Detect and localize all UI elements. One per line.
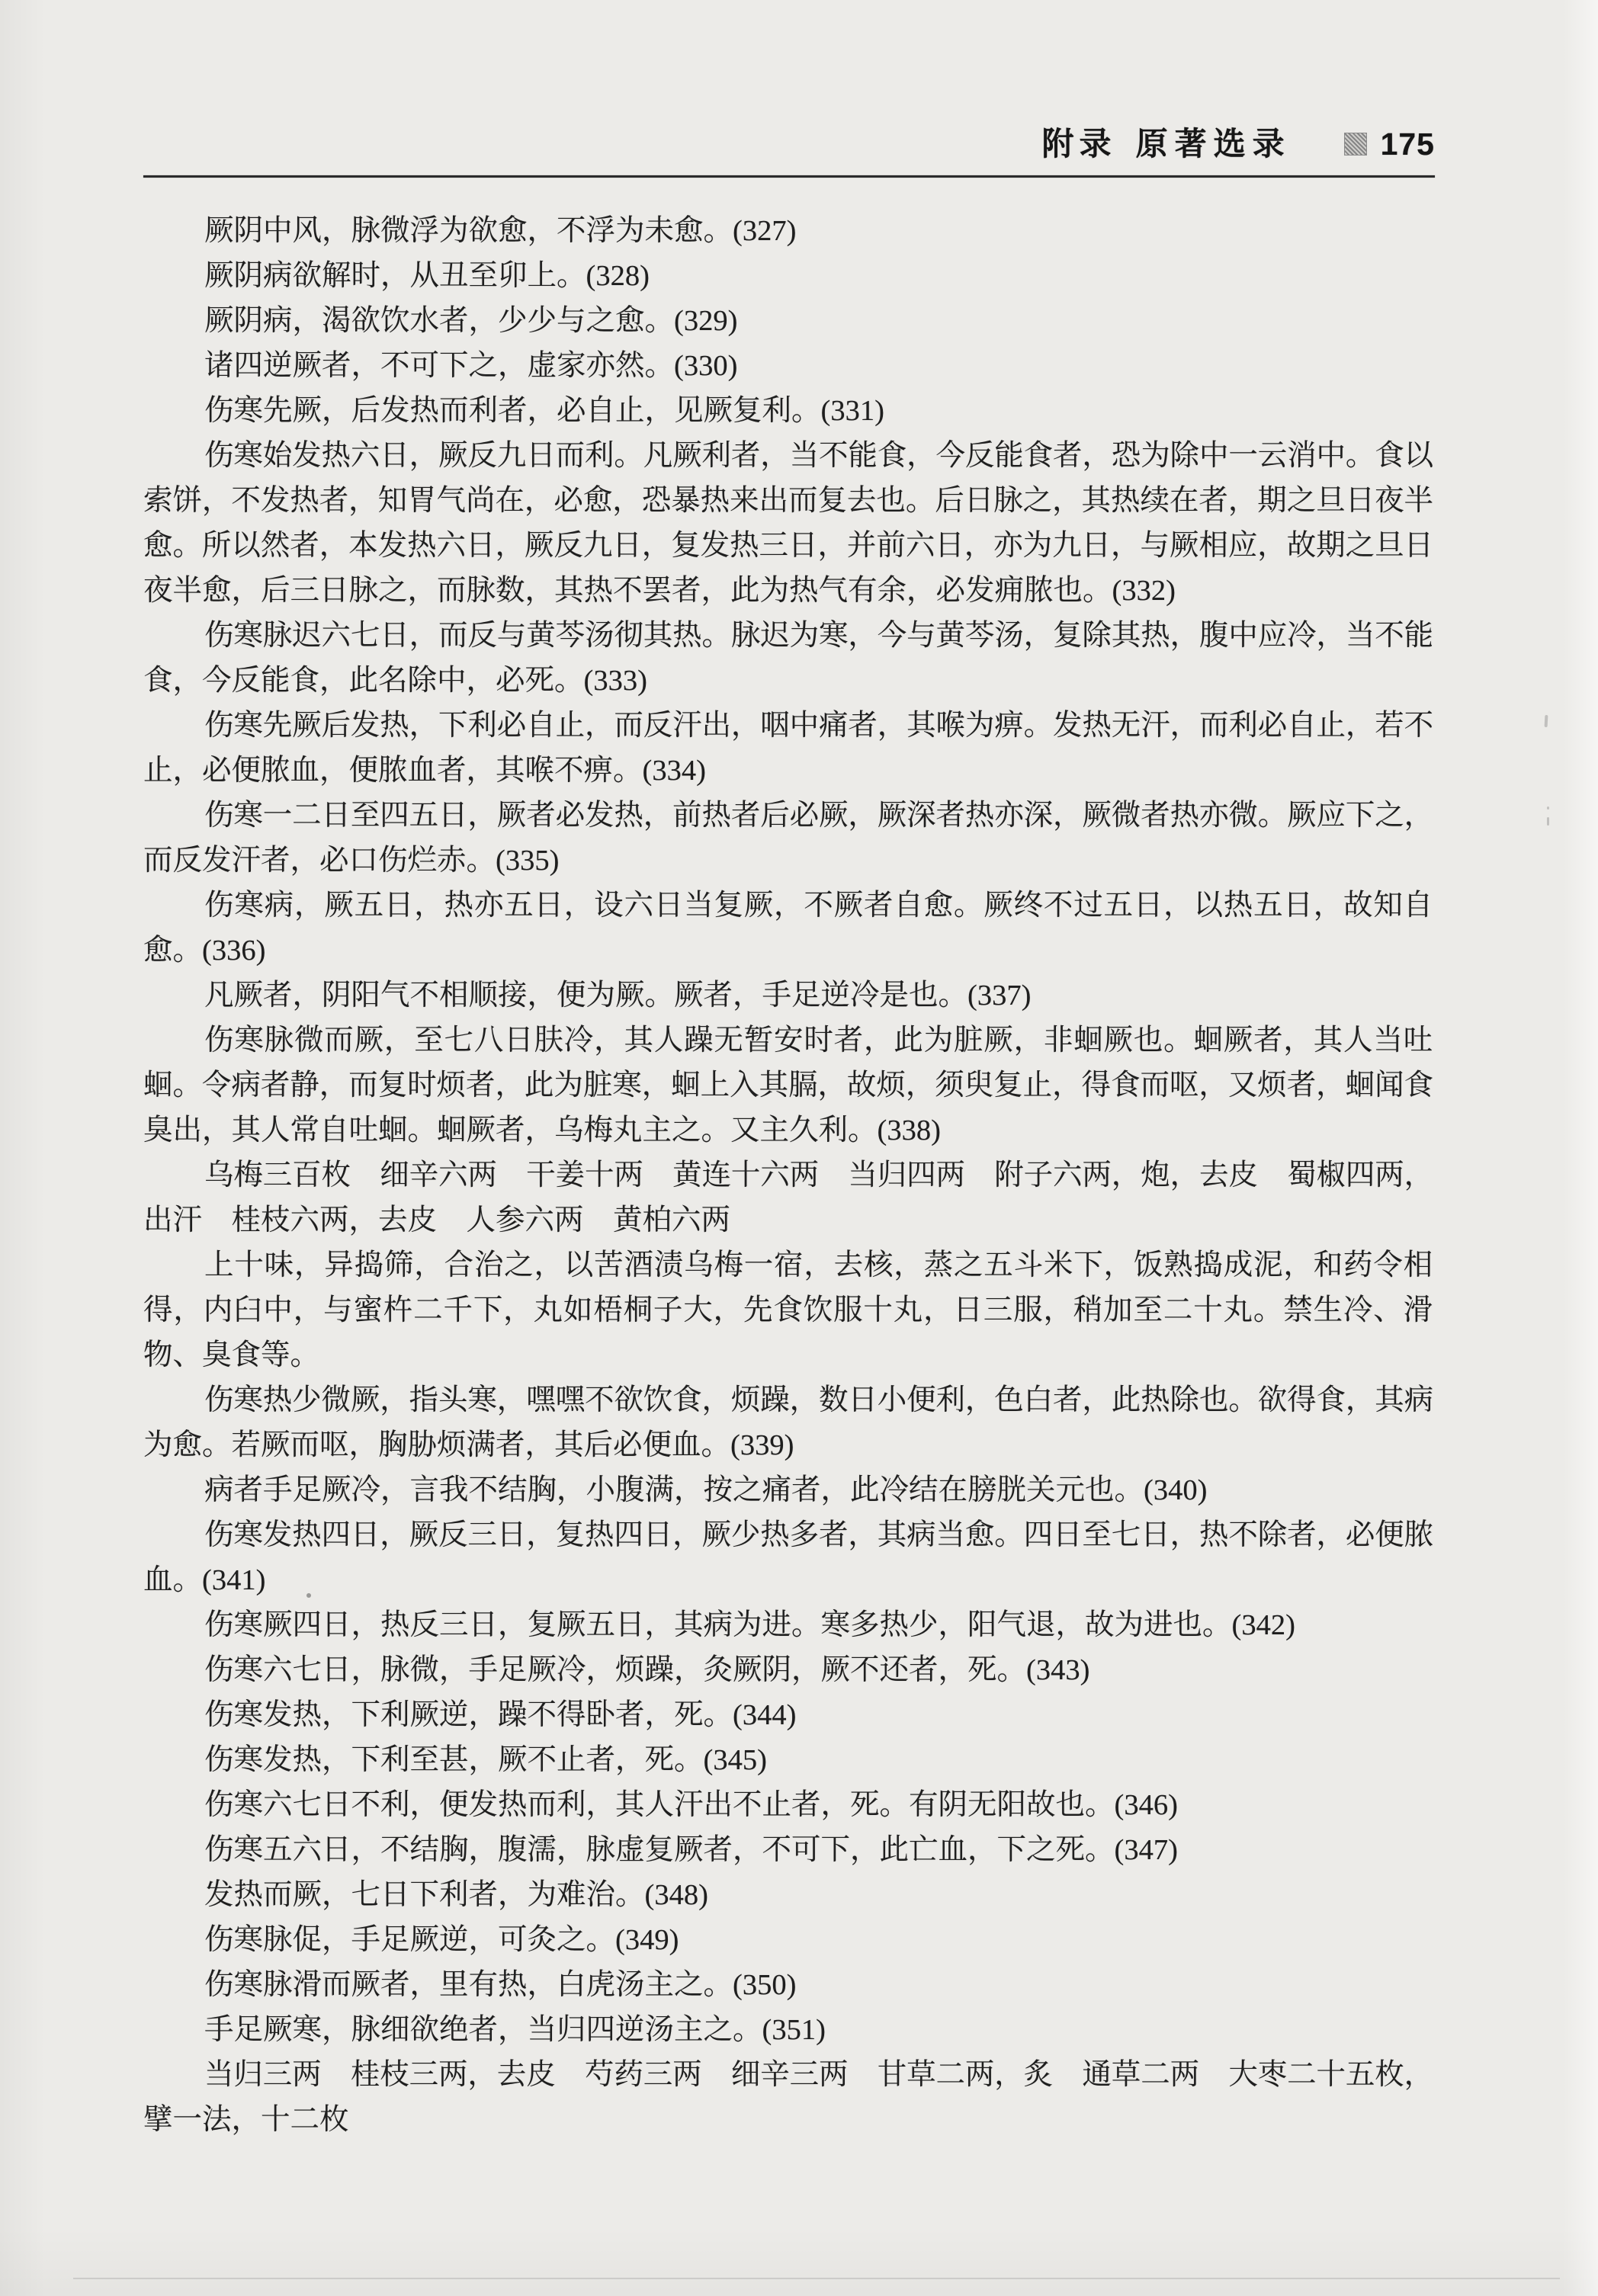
scan-artifact: [306, 1593, 311, 1598]
text-line: 伤寒先厥后发热，下利必自止，而反汗出，咽中痛者，其喉为痹。发热无汗，而利必自止，…: [143, 704, 1433, 749]
text-line: 止，必便脓血，便脓血者，其喉不痹。(334): [143, 749, 1433, 794]
text-line: 当归三两 桂枝三两，去皮 芍药三两 细辛三两 甘草二两，炙 通草二两 大枣二十五…: [143, 2053, 1433, 2098]
text-line: 乌梅三百枚 细辛六两 干姜十两 黄连十六两 当归四两 附子六两，炮，去皮 蜀椒四…: [143, 1153, 1433, 1198]
page-number: 175: [1381, 122, 1435, 166]
text-line: 伤寒先厥，后发热而利者，必自止，见厥复利。(331): [143, 389, 1433, 434]
text-line: 伤寒发热四日，厥反三日，复热四日，厥少热多者，其病当愈。四日至七日，热不除者，必…: [143, 1513, 1433, 1558]
text-line: 厥阴病，渴欲饮水者，少少与之愈。(329): [143, 299, 1433, 344]
text-line: 蛔。令病者静，而复时烦者，此为脏寒，蛔上入其膈，故烦，须臾复止，得食而呕，又烦者…: [143, 1063, 1433, 1108]
text-line: 伤寒热少微厥，指头寒，嘿嘿不欲饮食，烦躁，数日小便利，色白者，此热除也。欲得食，…: [143, 1378, 1433, 1423]
text-line: 发热而厥，七日下利者，为难治。(348): [143, 1873, 1433, 1918]
text-line: 厥阴病欲解时，从丑至卯上。(328): [143, 254, 1433, 299]
text-line: 为愈。若厥而呕，胸胁烦满者，其后必便血。(339): [143, 1423, 1433, 1468]
text-line: 愈。所以然者，本发热六日，厥反九日，复发热三日，并前六日，亦为九日，与厥相应，故…: [143, 524, 1433, 569]
text-line: 伤寒发热，下利厥逆，躁不得卧者，死。(344): [143, 1693, 1433, 1738]
header-chapter-title: 附录: [1042, 122, 1117, 166]
text-line: 血。(341): [143, 1558, 1433, 1603]
scan-artifact: [1545, 715, 1548, 727]
text-line: 病者手足厥冷，言我不结胸，小腹满，按之痛者，此冷结在膀胱关元也。(340): [143, 1468, 1433, 1513]
text-line: 伤寒六七日不利，便发热而利，其人汗出不止者，死。有阴无阳故也。(346): [143, 1783, 1433, 1828]
scan-artifact: [1547, 806, 1549, 810]
text-line: 物、臭食等。: [143, 1333, 1433, 1378]
text-line: 擘一法，十二枚: [143, 2098, 1433, 2143]
text-line: 得，内臼中，与蜜杵二千下，丸如梧桐子大，先食饮服十丸，日三服，稍加至二十丸。禁生…: [143, 1288, 1433, 1333]
text-line: 诸四逆厥者，不可下之，虚家亦然。(330): [143, 344, 1433, 389]
text-line: 伤寒发热，下利至甚，厥不止者，死。(345): [143, 1738, 1433, 1783]
text-line: 夜半愈，后三日脉之，而脉数，其热不罢者，此为热气有余，必发痈脓也。(332): [143, 569, 1433, 614]
text-line: 伤寒始发热六日，厥反九日而利。凡厥利者，当不能食，今反能食者，恐为除中一云消中。…: [143, 434, 1433, 479]
text-line: 索饼，不发热者，知胃气尚在，必愈，恐暴热来出而复去也。后日脉之，其热续在者，期之…: [143, 479, 1433, 524]
text-line: 手足厥寒，脉细欲绝者，当归四逆汤主之。(351): [143, 2008, 1433, 2053]
text-line: 凡厥者，阴阳气不相顺接，便为厥。厥者，手足逆冷是也。(337): [143, 973, 1433, 1018]
text-line: 伤寒一二日至四五日，厥者必发热，前热者后必厥，厥深者热亦深，厥微者热亦微。厥应下…: [143, 794, 1433, 839]
text-line: 食，今反能食，此名除中，必死。(333): [143, 659, 1433, 704]
text-line: 伤寒脉迟六七日，而反与黄芩汤彻其热。脉迟为寒，今与黄芩汤，复除其热，腹中应冷，当…: [143, 614, 1433, 659]
text-line: 伤寒病，厥五日，热亦五日，设六日当复厥，不厥者自愈。厥终不过五日，以热五日，故知…: [143, 883, 1433, 928]
text-line: 伤寒脉微而厥，至七八日肤冷，其人躁无暂安时者，此为脏厥，非蛔厥也。蛔厥者，其人当…: [143, 1018, 1433, 1063]
text-line: 伤寒脉促，手足厥逆，可灸之。(349): [143, 1918, 1433, 1963]
text-line: 臭出，其人常自吐蛔。蛔厥者，乌梅丸主之。又主久利。(338): [143, 1108, 1433, 1153]
text-line: 出汗 桂枝六两，去皮 人参六两 黄柏六两: [143, 1198, 1433, 1243]
scan-page-edge: [73, 2278, 1560, 2279]
header-section-title: 原著选录: [1136, 122, 1292, 166]
text-line: 伤寒六七日，脉微，手足厥冷，烦躁，灸厥阴，厥不还者，死。(343): [143, 1648, 1433, 1693]
body-text: 厥阴中风，脉微浮为欲愈，不浮为未愈。(327)厥阴病欲解时，从丑至卯上。(328…: [143, 209, 1433, 2143]
page-header: 附录 原著选录 175: [143, 122, 1435, 166]
section-marker-icon: [1344, 133, 1367, 156]
text-line: 伤寒五六日，不结胸，腹濡，脉虚复厥者，不可下，此亡血，下之死。(347): [143, 1828, 1433, 1873]
header-rule: [143, 175, 1435, 178]
text-line: 厥阴中风，脉微浮为欲愈，不浮为未愈。(327): [143, 209, 1433, 254]
book-page: 附录 原著选录 175 厥阴中风，脉微浮为欲愈，不浮为未愈。(327)厥阴病欲解…: [0, 0, 1598, 2296]
text-line: 伤寒厥四日，热反三日，复厥五日，其病为进。寒多热少，阳气退，故为进也。(342): [143, 1603, 1433, 1648]
text-line: 伤寒脉滑而厥者，里有热，白虎汤主之。(350): [143, 1963, 1433, 2008]
text-line: 上十味，异捣筛，合治之，以苦酒渍乌梅一宿，去核，蒸之五斗米下，饭熟捣成泥，和药令…: [143, 1243, 1433, 1288]
scan-artifact: [1547, 817, 1549, 826]
text-line: 而反发汗者，必口伤烂赤。(335): [143, 839, 1433, 883]
text-line: 愈。(336): [143, 928, 1433, 973]
